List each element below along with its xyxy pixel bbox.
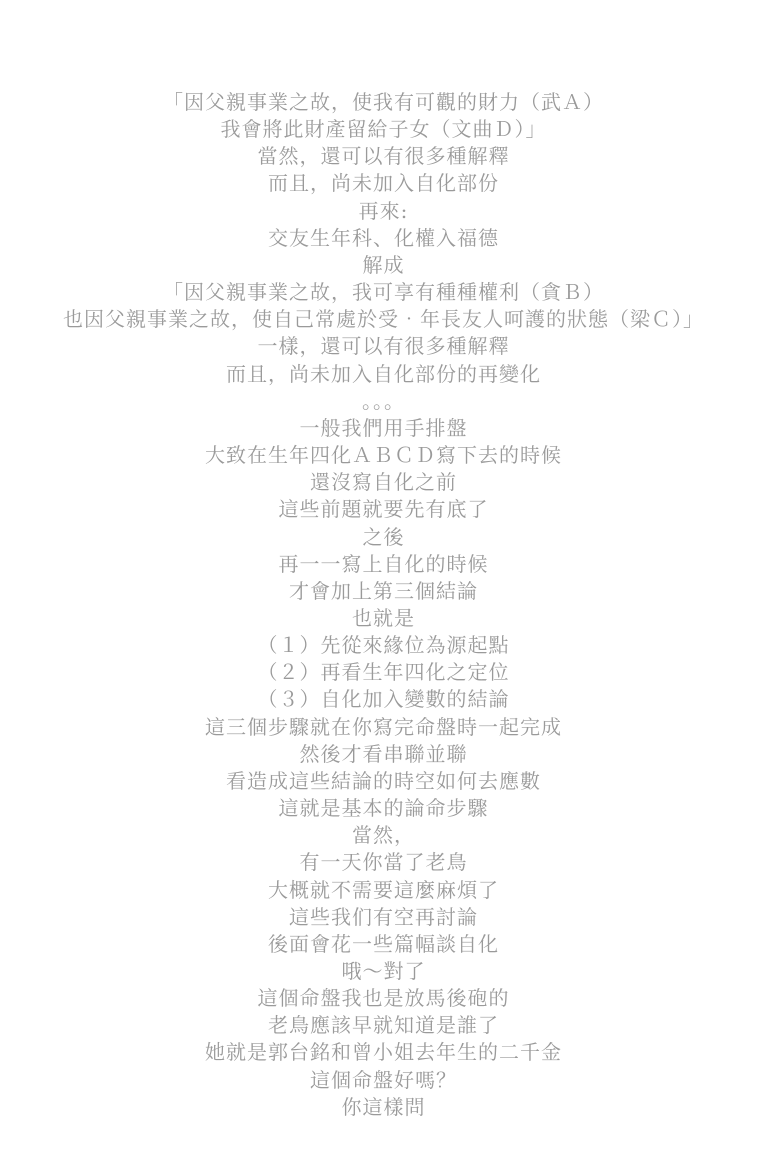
text-line: 她就是郭台銘和曾小姐去年生的二千金	[0, 1039, 767, 1066]
text-line: 也就是	[0, 605, 767, 632]
text-line: 才會加上第三個結論	[0, 578, 767, 605]
text-line: 然後才看串聯並聯	[0, 741, 767, 768]
text-line: 當然，還可以有很多種解釋	[0, 143, 767, 170]
text-line: 我會將此財產留給子女（文曲Ｄ）」	[0, 116, 767, 143]
text-line: 而且，尚未加入自化部份的再變化	[0, 361, 767, 388]
text-line: 而且，尚未加入自化部份	[0, 170, 767, 197]
text-line: 「因父親事業之故，我可享有種種權利（貪Ｂ）	[0, 279, 767, 306]
text-line: （１）先從來緣位為源起點	[0, 632, 767, 659]
text-line: 還沒寫自化之前	[0, 469, 767, 496]
text-line: 這個命盤我也是放馬後砲的	[0, 985, 767, 1012]
text-line: 也因父親事業之故，使自己常處於受‧年長友人呵護的狀態（梁Ｃ）」	[0, 306, 767, 333]
text-line: 這些我们有空再討論	[0, 904, 767, 931]
text-line: 這個命盤好嗎？	[0, 1067, 767, 1094]
text-line: 後面會花一些篇幅談自化	[0, 931, 767, 958]
text-line: 大致在生年四化ＡＢＣＤ寫下去的時候	[0, 442, 767, 469]
text-line: 一樣，還可以有很多種解釋	[0, 333, 767, 360]
text-line: 有一天你當了老鳥	[0, 849, 767, 876]
text-line: 哦～對了	[0, 958, 767, 985]
text-line: 當然，	[0, 822, 767, 849]
text-line: 這就是基本的論命步驟	[0, 795, 767, 822]
text-line: 你這樣問	[0, 1094, 767, 1121]
text-line: 再來:	[0, 198, 767, 225]
text-line: 這些前題就要先有底了	[0, 496, 767, 523]
text-line: 老鳥應該早就知道是誰了	[0, 1012, 767, 1039]
text-line: 大概就不需要這麼麻煩了	[0, 877, 767, 904]
text-line: 再一一寫上自化的時候	[0, 551, 767, 578]
document-body: 「因父親事業之故，使我有可觀的財力（武Ａ）我會將此財產留給子女（文曲Ｄ）」當然，…	[0, 0, 767, 1121]
text-line: 「因父親事業之故，使我有可觀的財力（武Ａ）	[0, 89, 767, 116]
text-line: 之後	[0, 524, 767, 551]
text-line: （３）自化加入變數的結論	[0, 686, 767, 713]
text-line: 解成	[0, 252, 767, 279]
text-line: 。。。	[0, 388, 767, 415]
text-line: 交友生年科、化權入福德	[0, 225, 767, 252]
text-line: （２）再看生年四化之定位	[0, 659, 767, 686]
text-line: 這三個步驟就在你寫完命盤時一起完成	[0, 714, 767, 741]
text-line: 看造成這些結論的時空如何去應數	[0, 768, 767, 795]
text-line: 一般我們用手排盤	[0, 415, 767, 442]
